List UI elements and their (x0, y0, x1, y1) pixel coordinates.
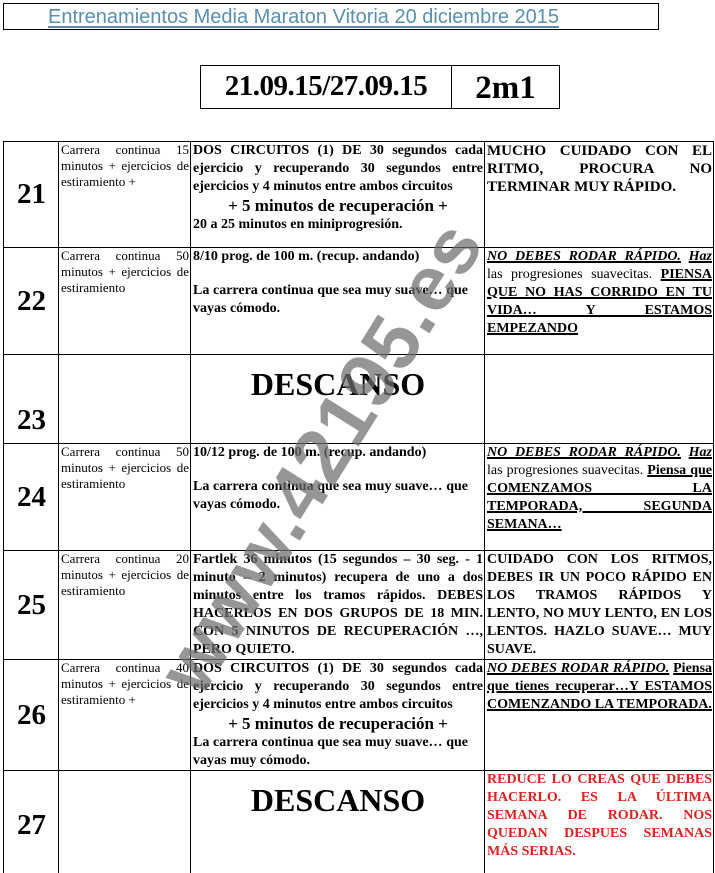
warmup-cell: Carrera continua 40 minutos + ejercicios… (59, 660, 191, 771)
warmup-cell: Carrera continua 15 minutos + ejercicios… (59, 142, 191, 248)
notes-italic: NO DEBES RODAR RÁPIDO. (487, 249, 681, 264)
notes-cell: NO DEBES RODAR RÁPIDO. Haz las progresio… (485, 248, 714, 355)
notes-cell: CUIDADO CON LOS RITMOS, DEBES IR UN POCO… (485, 551, 714, 660)
notes-cell: NO DEBES RODAR RÁPIDO. Piensa que tienes… (485, 660, 714, 771)
workout-text: DOS CIRCUITOS (1) DE 30 segundos cada ej… (193, 660, 483, 714)
notes-text: NO DEBES RODAR RÁPIDO. Haz las progresio… (487, 444, 712, 534)
workout-cell: 10/12 prog. de 100 m. (recup. andando) L… (191, 444, 485, 551)
training-plan-table: 21 Carrera continua 15 minutos + ejercic… (3, 141, 714, 873)
warmup-text: Carrera continua 40 minutos + ejercicios… (61, 660, 189, 708)
week-date-range: 21.09.15/27.09.15 (201, 66, 452, 108)
notes-normal: las progresiones suavecitas. (487, 267, 652, 282)
workout-cell: Fartlek 36 minutos (15 segundos – 30 seg… (191, 551, 485, 660)
notes-cell: MUCHO CUIDADO CON EL RITMO, PROCURA NO T… (485, 142, 714, 248)
page-title-link[interactable]: Entrenamientos Media Maraton Vitoria 20 … (48, 6, 559, 29)
notes-cell (485, 355, 714, 444)
day-number: 21 (4, 142, 59, 248)
warmup-text: Carrera continua 50 minutos + ejercicios… (61, 444, 189, 492)
day-number: 26 (4, 660, 59, 771)
workout-text-2: La carrera continua que sea muy suave… q… (193, 478, 468, 514)
title-box: Entrenamientos Media Maraton Vitoria 20 … (3, 3, 659, 30)
warmup-text: Carrera continua 15 minutos + ejercicios… (61, 142, 189, 190)
workout-text: 10/12 prog. de 100 m. (recup. andando) (193, 444, 483, 462)
rest-label: DESCANSO (193, 355, 483, 393)
workout-cell: DESCANSO (191, 771, 485, 873)
notes-italic-2: Haz (689, 445, 712, 460)
rest-label: DESCANSO (193, 771, 483, 809)
table-row: 26 Carrera continua 40 minutos + ejercic… (4, 660, 714, 771)
day-number: 25 (4, 551, 59, 660)
warmup-cell: Carrera continua 20 minutos + ejercicios… (59, 551, 191, 660)
warmup-cell: Carrera continua 50 minutos + ejercicios… (59, 444, 191, 551)
notes-italic-2: Haz (689, 249, 712, 264)
notes-text: NO DEBES RODAR RÁPIDO. Haz las progresio… (487, 248, 712, 338)
notes-cell: NO DEBES RODAR RÁPIDO. Haz las progresio… (485, 444, 714, 551)
day-number: 24 (4, 444, 59, 551)
notes-text: NO DEBES RODAR RÁPIDO. Piensa que tienes… (487, 660, 712, 714)
warmup-text: Carrera continua 50 minutos + ejercicios… (61, 248, 189, 296)
notes-italic: NO DEBES RODAR RÁPIDO. (487, 661, 669, 676)
workout-text-2: 20 a 25 minutos en miniprogresión. (193, 216, 483, 234)
table-row: 22 Carrera continua 50 minutos + ejercic… (4, 248, 714, 355)
table-row: 23 DESCANSO (4, 355, 714, 444)
notes-normal: las progresiones suavecitas. (487, 463, 643, 478)
workout-text: DOS CIRCUITOS (1) DE 30 segundos cada ej… (193, 142, 483, 196)
day-number: 22 (4, 248, 59, 355)
table-row: 21 Carrera continua 15 minutos + ejercic… (4, 142, 714, 248)
table-row: 27 DESCANSO REDUCE LO CREAS QUE DEBES HA… (4, 771, 714, 873)
week-header: 21.09.15/27.09.15 2m1 (200, 65, 560, 109)
table-row: 25 Carrera continua 20 minutos + ejercic… (4, 551, 714, 660)
warmup-text: Carrera continua 20 minutos + ejercicios… (61, 551, 189, 599)
workout-cell: DOS CIRCUITOS (1) DE 30 segundos cada ej… (191, 660, 485, 771)
workout-highlight: + 5 minutos de recuperación + (193, 196, 483, 216)
notes-text: MUCHO CUIDADO CON EL RITMO, PROCURA NO T… (487, 142, 712, 196)
workout-text: 8/10 prog. de 100 m. (recup. andando) (193, 248, 483, 266)
day-number: 27 (4, 771, 59, 873)
workout-text-2: La carrera continua que sea muy suave… q… (193, 282, 468, 318)
workout-highlight: + 5 minutos de recuperación + (193, 714, 483, 734)
warmup-cell: Carrera continua 50 minutos + ejercicios… (59, 248, 191, 355)
workout-cell: DESCANSO (191, 355, 485, 444)
notes-warning-text: REDUCE LO CREAS QUE DEBES HACERLO. ES LA… (487, 771, 712, 861)
workout-text: Fartlek 36 minutos (15 segundos – 30 seg… (193, 551, 483, 659)
day-number: 23 (4, 355, 59, 444)
workout-text-2: La carrera continua que sea muy suave… q… (193, 734, 468, 770)
week-code: 2m1 (452, 66, 559, 108)
notes-italic: NO DEBES RODAR RÁPIDO. (487, 445, 681, 460)
table-row: 24 Carrera continua 50 minutos + ejercic… (4, 444, 714, 551)
warmup-cell (59, 355, 191, 444)
warmup-cell (59, 771, 191, 873)
notes-text: CUIDADO CON LOS RITMOS, DEBES IR UN POCO… (487, 551, 712, 659)
workout-cell: DOS CIRCUITOS (1) DE 30 segundos cada ej… (191, 142, 485, 248)
notes-cell: REDUCE LO CREAS QUE DEBES HACERLO. ES LA… (485, 771, 714, 873)
workout-cell: 8/10 prog. de 100 m. (recup. andando) La… (191, 248, 485, 355)
